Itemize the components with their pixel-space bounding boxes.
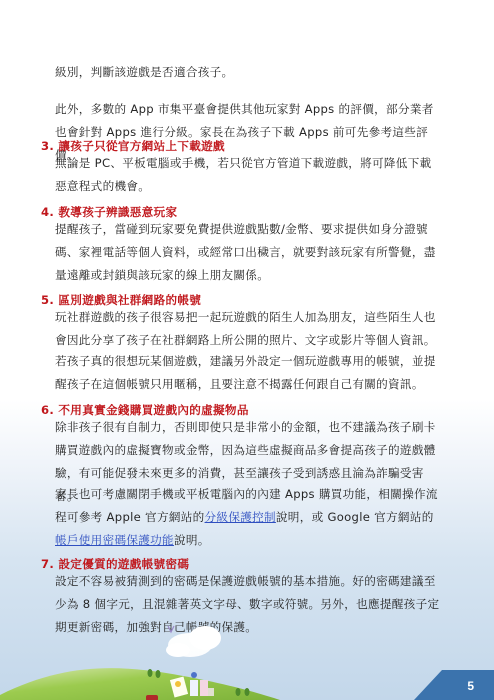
car-icon bbox=[146, 695, 158, 700]
section-6-paragraph-2: 家長也可考慮關閉手機或平板電腦內的內建 Apps 購買功能，相關操作流程可參考 … bbox=[55, 483, 443, 552]
section-4-paragraph: 提醒孩子，當碰到玩家要免費提供遊戲點數/金幣、要求提供如身分證號碼、家裡電話等個… bbox=[55, 218, 443, 287]
intro-paragraph-1: 級別，判斷該遊戲是否適合孩子。 bbox=[55, 61, 443, 84]
google-password-protection-link[interactable]: 帳戶使用密碼保護功能 bbox=[55, 533, 174, 547]
kite-icon bbox=[168, 626, 174, 632]
link-paragraph-text-2: 說明，或 Google 官方網站的 bbox=[276, 510, 434, 524]
link-paragraph-text-3: 說明。 bbox=[174, 533, 210, 547]
cloud-icon bbox=[166, 626, 221, 657]
section-5-paragraph-2: 若孩子真的很想玩某個遊戲，建議另外設定一個玩遊戲專用的帳號，並提醒孩子在這個帳號… bbox=[55, 350, 443, 396]
section-5-paragraph-1: 玩社群遊戲的孩子很容易把一起玩遊戲的陌生人加為朋友，這些陌生人也會因此分享了孩子… bbox=[55, 306, 443, 352]
page-number: 5 bbox=[467, 679, 474, 693]
document-page: 級別，判斷該遊戲是否適合孩子。 此外，多數的 App 市集平臺會提供其他玩家對 … bbox=[0, 0, 494, 700]
page-number-badge bbox=[414, 670, 494, 700]
section-3-paragraph: 無論是 PC、平板電腦或手機，若只從官方管道下載遊戲，將可降低下載惡意程式的機會… bbox=[55, 152, 443, 198]
apple-parental-controls-link[interactable]: 分級保護控制 bbox=[205, 510, 276, 524]
